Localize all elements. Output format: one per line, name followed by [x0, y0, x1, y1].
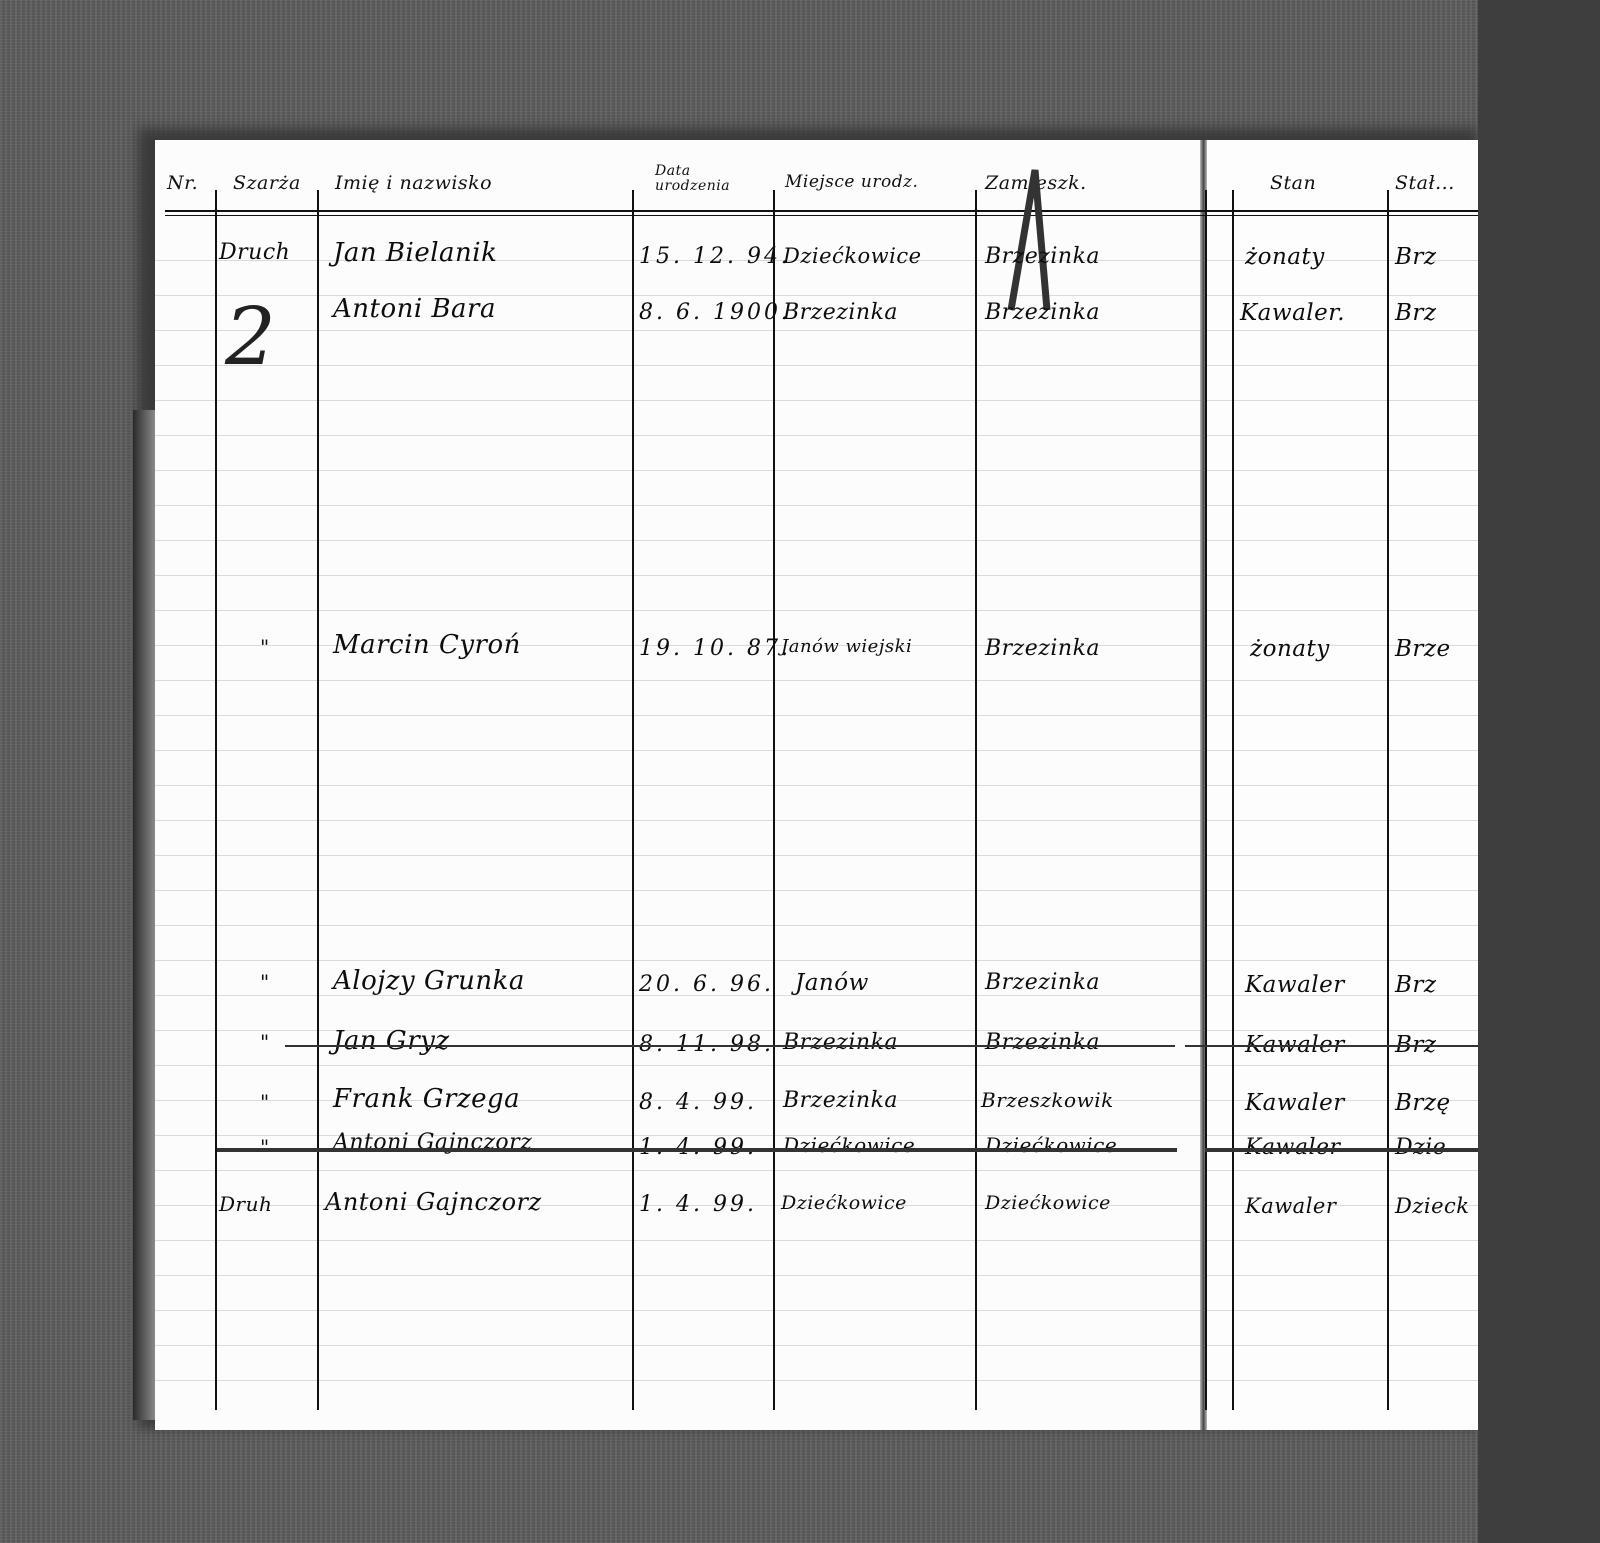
row-name: Jan Bielanik [333, 238, 497, 268]
row-status: Kawaler [1245, 1090, 1345, 1116]
row-next: Dzieck [1395, 1194, 1470, 1218]
register-page: Nr. Szarża Imię i nazwisko Data urodzeni… [155, 140, 1478, 1430]
row-residence: Brzezinka [985, 244, 1100, 269]
page-number-mark: 2 [225, 290, 276, 383]
row-birth-date: 8. 6. 1900. [639, 300, 791, 325]
row-birth-place: Janów [795, 970, 869, 996]
row-birth-date: 20. 6. 96. [639, 972, 774, 997]
row-name: Marcin Cyroń [333, 630, 521, 660]
row-szarza: " [260, 635, 270, 659]
row-szarza: " [260, 970, 270, 994]
row-birth-place: Brzezinka [783, 1030, 898, 1055]
row-name: Antoni Bara [333, 294, 496, 324]
strikethrough-line [285, 1045, 1175, 1047]
row-residence: Dziećkowice [985, 1192, 1111, 1214]
strikethrough-line [217, 1148, 1177, 1152]
row-szarza: " [260, 1030, 270, 1054]
header-nr: Nr. [167, 172, 198, 194]
row-next: Brz [1395, 300, 1437, 326]
row-birth-place: Brzezinka [783, 300, 898, 325]
annotation-letter-a [1005, 165, 1065, 315]
row-residence: Brzezinka [985, 300, 1100, 325]
row-next: Brze [1395, 636, 1451, 662]
row-next: Brz [1395, 972, 1437, 998]
row-residence: Brzeszkowik [981, 1088, 1114, 1112]
strikethrough-line [1185, 1045, 1478, 1047]
header-szarza: Szarża [233, 172, 301, 194]
header-next: Stał... [1395, 172, 1455, 194]
row-birth-date: 1. 4. 99. [639, 1192, 757, 1217]
column-divider [317, 190, 319, 1410]
row-next: Brz [1395, 244, 1437, 270]
row-name: Frank Grzega [333, 1084, 520, 1114]
column-divider [1205, 190, 1207, 1410]
row-birth-place: Dziećkowice [783, 1133, 915, 1157]
column-divider [1387, 190, 1389, 1410]
row-residence: Dziećkowice [985, 1133, 1117, 1157]
row-name: Jan Gryz [333, 1026, 450, 1056]
row-residence: Brzezinka [985, 1030, 1100, 1055]
row-szarza: Druh [219, 1192, 272, 1216]
row-birth-place: Dziećkowice [781, 1192, 907, 1214]
row-szarza: " [260, 1090, 270, 1114]
row-status: Kawaler. [1240, 300, 1345, 326]
row-residence: Brzezinka [985, 970, 1100, 995]
column-divider [1232, 190, 1234, 1410]
row-next: Brzę [1395, 1090, 1451, 1116]
row-birth-place: Janów wiejski [781, 636, 912, 657]
page-edge [133, 410, 155, 1420]
row-birth-date: 15. 12. 94. [639, 244, 791, 269]
row-szarza: " [260, 1135, 270, 1159]
column-divider [773, 190, 775, 1410]
row-status: żonaty [1250, 636, 1330, 662]
column-divider [632, 190, 634, 1410]
row-birth-place: Brzezinka [783, 1088, 898, 1113]
column-divider [975, 190, 977, 1410]
header-birth-date: Data urodzenia [655, 164, 770, 194]
row-status: Kawaler [1245, 1194, 1336, 1218]
row-residence: Brzezinka [985, 636, 1100, 661]
row-status: Kawaler [1245, 972, 1345, 998]
row-birth-date: 19. 10. 87. [639, 636, 791, 661]
column-divider [215, 190, 217, 1410]
row-status: żonaty [1245, 244, 1325, 270]
strikethrough-line [1205, 1148, 1478, 1152]
row-birth-date: 8. 4. 99. [639, 1090, 757, 1115]
header-status: Stan [1270, 172, 1316, 194]
scanner-edge [1478, 0, 1600, 1543]
row-name: Alojzy Grunka [333, 966, 525, 996]
row-name: Antoni Gajnczorz [325, 1188, 542, 1216]
row-birth-place: Dziećkowice [783, 244, 922, 268]
header-name: Imię i nazwisko [335, 172, 492, 194]
row-szarza: Druch [219, 240, 290, 265]
header-birth-place: Miejsce urodz. [785, 172, 918, 192]
